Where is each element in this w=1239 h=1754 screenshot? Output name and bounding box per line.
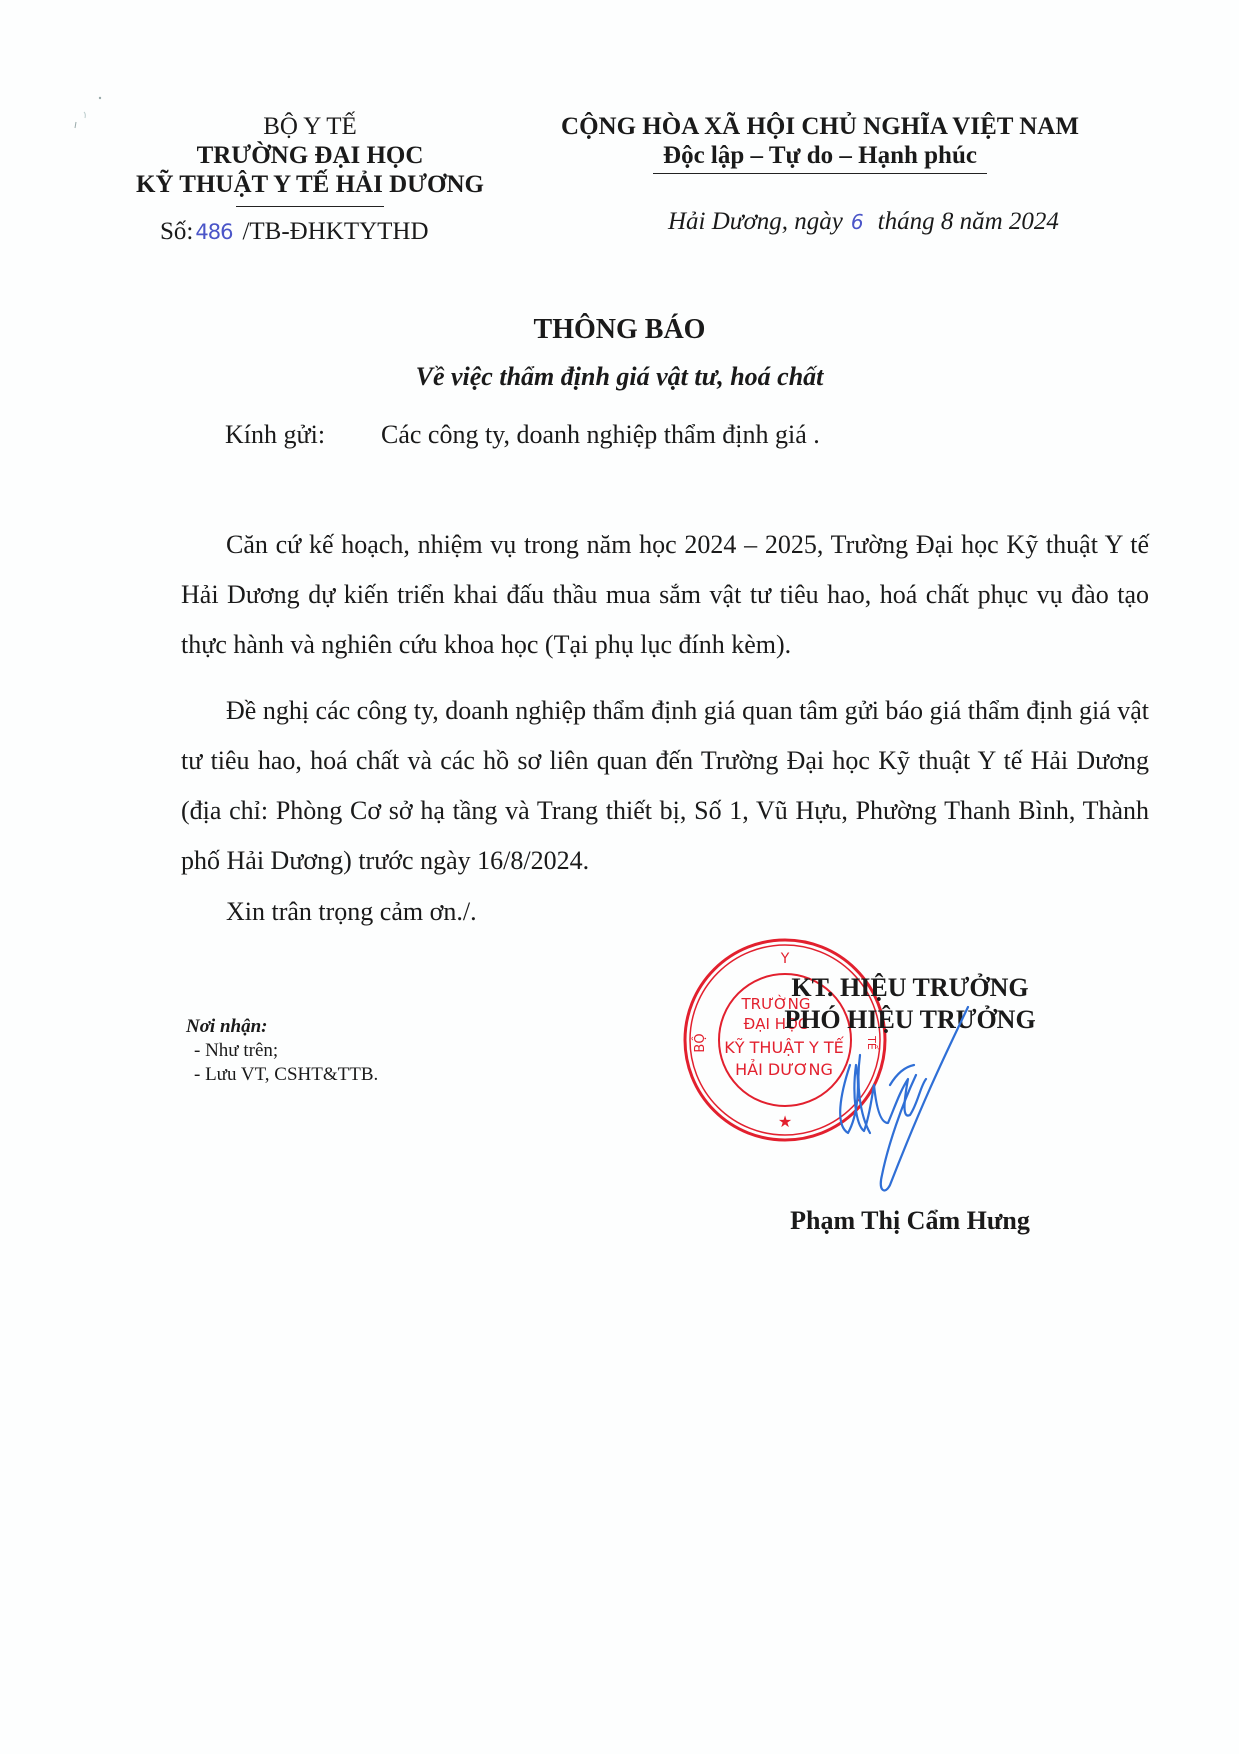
recipient-item: - Như trên; (186, 1039, 378, 1063)
date-prefix: Hải Dương, ngày (668, 208, 843, 235)
closing-line: Xin trân trọng cảm ơn./. (226, 897, 477, 927)
body-paragraph: Căn cứ kế hoạch, nhiệm vụ trong năm học … (181, 520, 1149, 670)
school-name-line2: KỸ THUẬT Y TẾ HẢI DƯƠNG (110, 170, 510, 199)
date-day-handwritten: 6 (843, 210, 878, 234)
document-title: THÔNG BÁO (0, 314, 1239, 346)
stamp-text-left: BỘ (692, 1033, 708, 1052)
header-left: BỘ Y TẾ TRƯỜNG ĐẠI HỌC KỸ THUẬT Y TẾ HẢI… (110, 112, 510, 207)
body-paragraph: Đề nghị các công ty, doanh nghiệp thẩm đ… (181, 686, 1149, 886)
recipients-block: Nơi nhận: - Như trên; - Lưu VT, CSHT&TTB… (186, 1015, 378, 1087)
stamp-text-inner-3: KỸ THUẬT Y TẾ (724, 1036, 844, 1057)
recipient-item: - Lưu VT, CSHT&TTB. (186, 1063, 378, 1087)
document-subtitle: Về việc thẩm định giá vật tư, hoá chất (0, 362, 1239, 392)
country-name: CỘNG HÒA XÃ HỘI CHỦ NGHĨA VIỆT NAM (520, 112, 1120, 141)
handwritten-signature (830, 1005, 980, 1195)
school-name-line1: TRƯỜNG ĐẠI HỌC (110, 141, 510, 170)
signer-title-line1: KT. HIỆU TRƯỞNG (700, 972, 1120, 1004)
date-suffix: tháng 8 năm 2024 (878, 208, 1059, 235)
document-number-handwritten: 486 (193, 220, 242, 244)
document-number: Số:486/TB-ĐHKTYTHD (160, 218, 429, 246)
header-left-rule (236, 206, 384, 207)
stamp-text-top: Y (780, 951, 790, 967)
signer-name: Phạm Thị Cẩm Hưng (700, 1206, 1120, 1236)
header-right: CỘNG HÒA XÃ HỘI CHỦ NGHĨA VIỆT NAM Độc l… (520, 112, 1120, 174)
stamp-star-icon: ★ (778, 1112, 792, 1131)
recipients-heading: Nơi nhận: (186, 1015, 378, 1039)
ministry-name: BỘ Y TẾ (110, 112, 510, 141)
addressee-value: Các công ty, doanh nghiệp thẩm định giá … (381, 420, 820, 449)
addressee: Kính gửi:Các công ty, doanh nghiệp thẩm … (225, 420, 820, 450)
scan-mark-decoration (70, 92, 110, 132)
addressee-label: Kính gửi: (225, 420, 381, 450)
national-motto: Độc lập – Tự do – Hạnh phúc (653, 141, 987, 174)
stamp-text-inner-4: HẢI DƯƠNG (735, 1059, 833, 1079)
document-date: Hải Dương, ngày6tháng 8 năm 2024 (668, 208, 1059, 236)
document-number-suffix: /TB-ĐHKTYTHD (242, 218, 428, 245)
document-number-label: Số: (160, 218, 193, 245)
